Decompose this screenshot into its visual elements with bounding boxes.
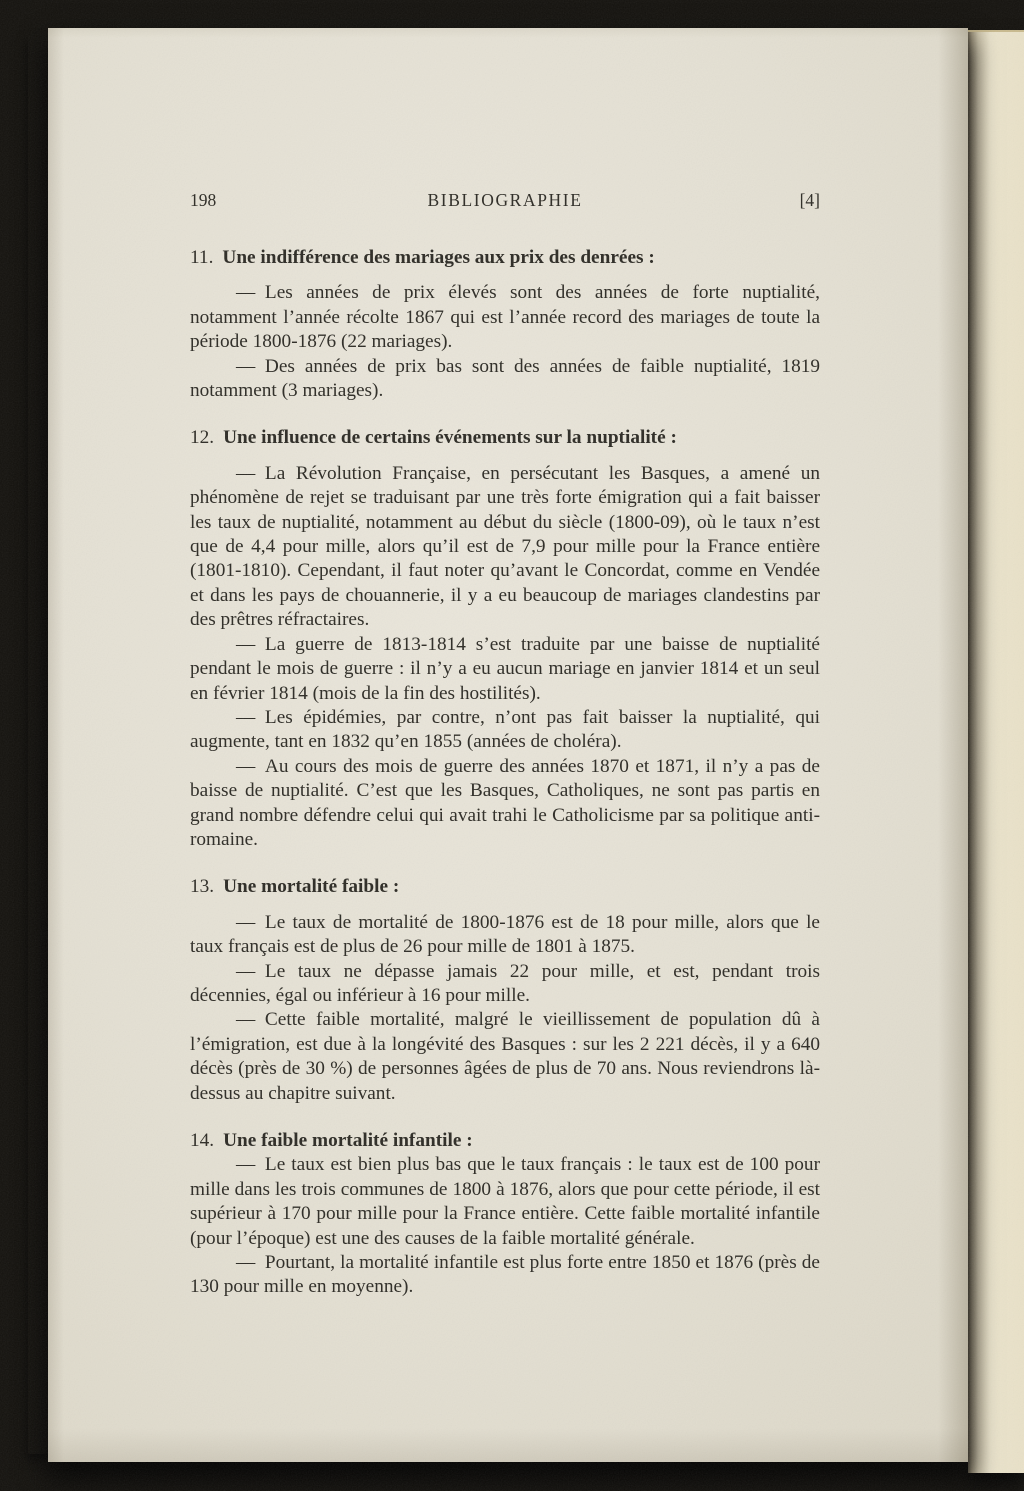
page-edge-stack xyxy=(28,34,48,1454)
page-number: 198 xyxy=(190,188,216,212)
content: 11.Une indifférence des mariages aux pri… xyxy=(190,246,820,1300)
item-paragraphs: — Le taux de mortalité de 1800-1876 est … xyxy=(190,911,820,1106)
paragraph: — Des années de prix bas sont des années… xyxy=(190,355,820,404)
list-item: 12.Une influence de certains événements … xyxy=(190,426,820,852)
item-number: 13. xyxy=(190,876,214,897)
paragraph: — Le taux est bien plus bas que le taux … xyxy=(190,1153,820,1251)
item-number: 14. xyxy=(190,1130,214,1151)
facing-page-edge xyxy=(968,30,1024,1473)
item-title: Une mortalité faible : xyxy=(223,876,399,897)
paragraph: — La guerre de 1813-1814 s’est traduite … xyxy=(190,633,820,706)
running-title: BIBLIOGRAPHIE xyxy=(428,188,583,212)
paragraph: — Les épidémies, par contre, n’ont pas f… xyxy=(190,706,820,755)
item-title: Une influence de certains événements sur… xyxy=(223,427,677,448)
paragraph: — Pourtant, la mortalité infantile est p… xyxy=(190,1251,820,1300)
item-heading: 11.Une indifférence des mariages aux pri… xyxy=(190,246,820,270)
list-item: 14.Une faible mortalité infantile : — Le… xyxy=(190,1129,820,1300)
paragraph: — Le taux ne dépasse jamais 22 pour mill… xyxy=(190,960,820,1009)
section-ref: [4] xyxy=(800,188,820,212)
paragraph: — La Révolution Française, en persécutan… xyxy=(190,462,820,633)
list-item: 13.Une mortalité faible : — Le taux de m… xyxy=(190,875,820,1106)
item-number: 12. xyxy=(190,427,214,448)
item-title: Une indifférence des mariages aux prix d… xyxy=(222,247,654,268)
page-header: 198 BIBLIOGRAPHIE [4] xyxy=(190,188,820,212)
item-paragraphs: — Le taux est bien plus bas que le taux … xyxy=(190,1153,820,1299)
item-title: Une faible mortalité infantile : xyxy=(223,1130,473,1151)
item-number: 11. xyxy=(190,247,213,268)
paragraph: — Au cours des mois de guerre des années… xyxy=(190,755,820,853)
item-heading: 12.Une influence de certains événements … xyxy=(190,426,820,450)
book-page: 198 BIBLIOGRAPHIE [4] 11.Une indifférenc… xyxy=(48,28,968,1462)
paragraph: — Les années de prix élevés sont des ann… xyxy=(190,281,820,354)
item-paragraphs: — La Révolution Française, en persécutan… xyxy=(190,462,820,853)
item-paragraphs: — Les années de prix élevés sont des ann… xyxy=(190,281,820,403)
item-heading: 14.Une faible mortalité infantile : xyxy=(190,1129,820,1153)
paragraph: — Le taux de mortalité de 1800-1876 est … xyxy=(190,911,820,960)
photo-background: 198 BIBLIOGRAPHIE [4] 11.Une indifférenc… xyxy=(0,0,1024,1491)
list-item: 11.Une indifférence des mariages aux pri… xyxy=(190,246,820,403)
paragraph: — Cette faible mortalité, malgré le viei… xyxy=(190,1008,820,1106)
text-block: 198 BIBLIOGRAPHIE [4] 11.Une indifférenc… xyxy=(190,188,820,1300)
item-heading: 13.Une mortalité faible : xyxy=(190,875,820,899)
